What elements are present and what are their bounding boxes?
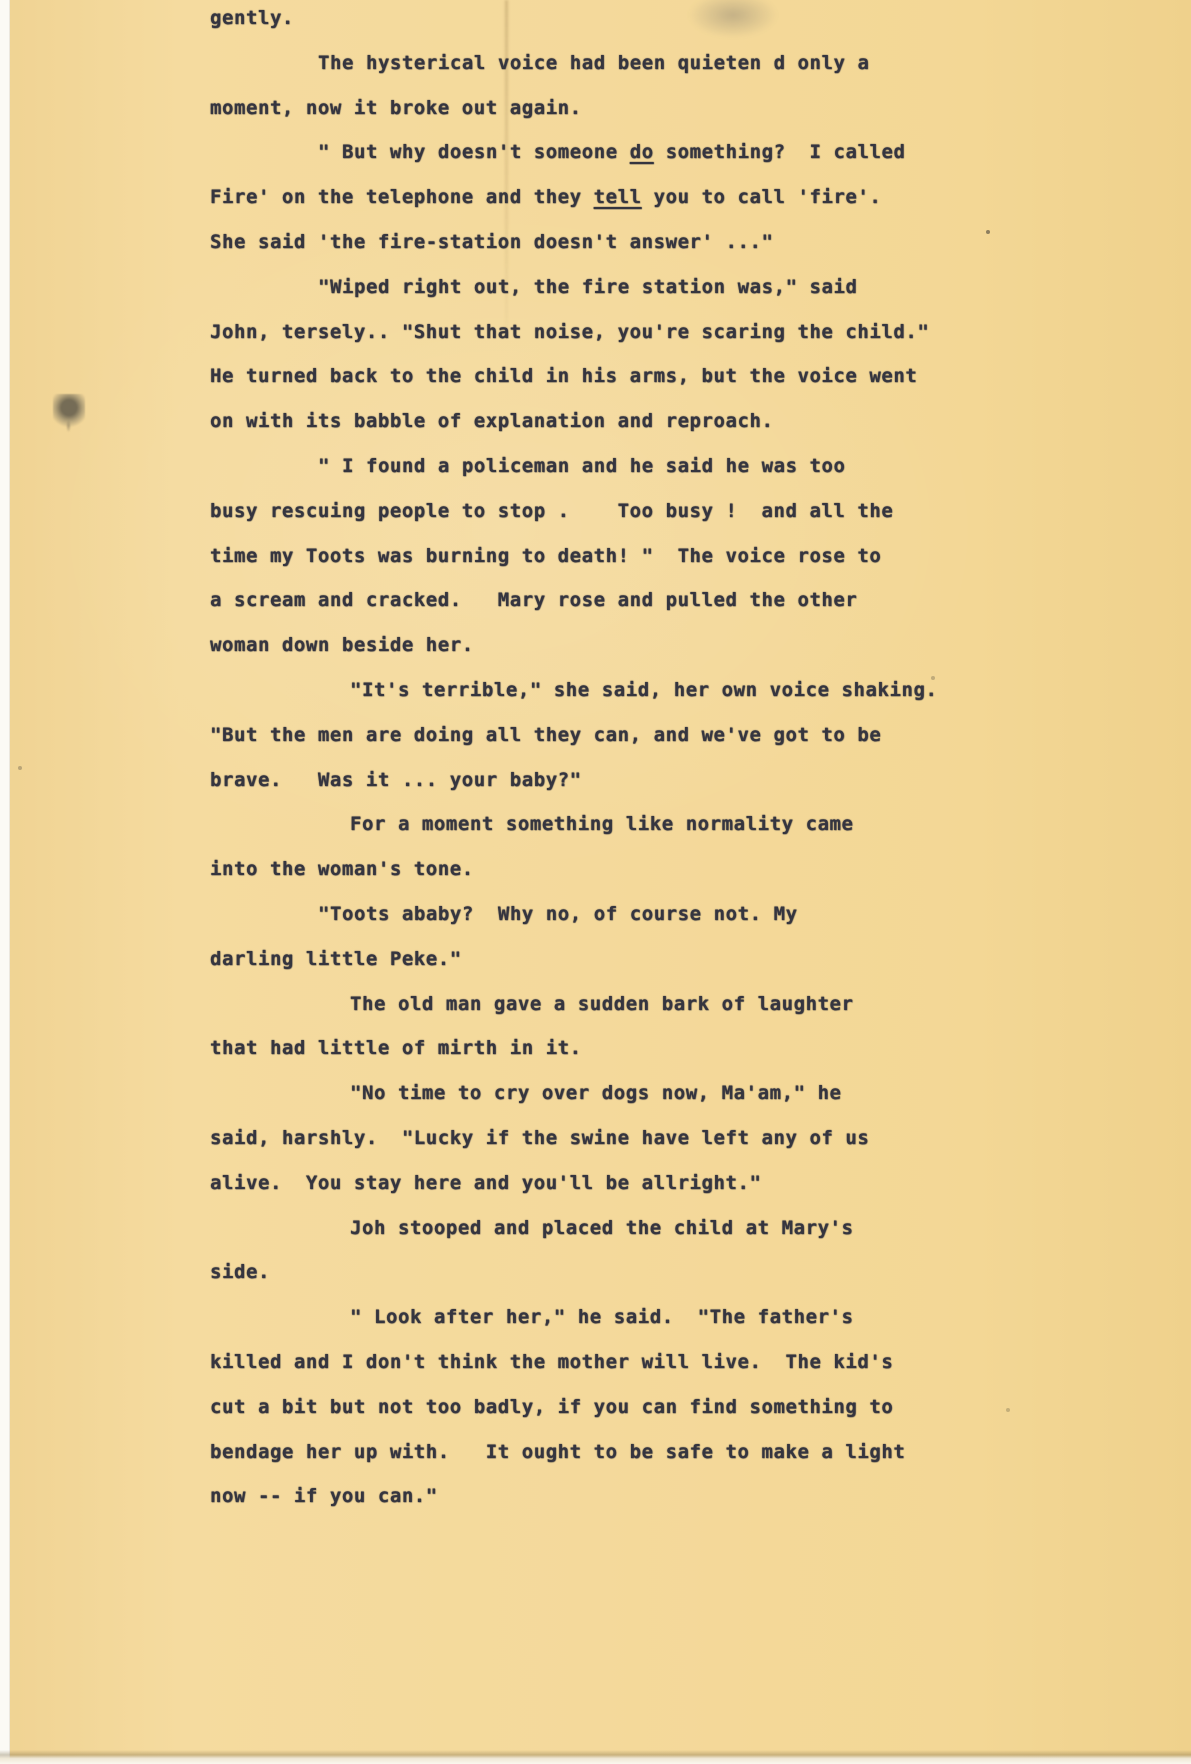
text-line: woman down beside her. [210, 623, 1150, 668]
text-line: killed and I don't think the mother will… [210, 1340, 1150, 1385]
scan-edge [0, 0, 10, 1764]
page-bottom-edge [0, 1750, 1191, 1764]
text-line: The old man gave a sudden bark of laught… [210, 982, 1150, 1027]
text-line: Fire' on the telephone and they tell you… [210, 175, 1150, 220]
typewritten-text: gently. The hysterical voice had been qu… [210, 0, 1150, 1519]
manuscript-page: gently. The hysterical voice had been qu… [0, 0, 1191, 1764]
text-segment: you to call 'fire'. [642, 186, 882, 208]
text-line: The hysterical voice had been quieten d … [210, 41, 1150, 86]
text-line: "No time to cry over dogs now, Ma'am," h… [210, 1071, 1150, 1116]
text-line: a scream and cracked. Mary rose and pull… [210, 578, 1150, 623]
underlined-word: do [630, 141, 654, 163]
text-segment: " But why doesn't someone [318, 141, 630, 163]
text-segment: something? I called [654, 141, 906, 163]
text-line: gently. [210, 0, 1150, 41]
text-line: Joh stooped and placed the child at Mary… [210, 1206, 1150, 1251]
text-line: time my Toots was burning to death! " Th… [210, 534, 1150, 579]
text-line: side. [210, 1250, 1150, 1295]
text-segment: Fire' on the telephone and they [210, 186, 594, 208]
text-line: "But the men are doing all they can, and… [210, 713, 1150, 758]
text-line: "Toots ababy? Why no, of course not. My [210, 892, 1150, 937]
text-line: alive. You stay here and you'll be allri… [210, 1161, 1150, 1206]
text-line: For a moment something like normality ca… [210, 802, 1150, 847]
text-line: said, harshly. "Lucky if the swine have … [210, 1116, 1150, 1161]
text-line: on with its babble of explanation and re… [210, 399, 1150, 444]
ink-stain [53, 394, 85, 430]
text-line: "Wiped right out, the fire station was,"… [210, 265, 1150, 310]
text-line: into the woman's tone. [210, 847, 1150, 892]
text-line: " Look after her," he said. "The father'… [210, 1295, 1150, 1340]
text-line: now -- if you can." [210, 1474, 1150, 1519]
text-line: She said 'the fire-station doesn't answe… [210, 220, 1150, 265]
text-line: busy rescuing people to stop . Too busy … [210, 489, 1150, 534]
text-line: cut a bit but not too badly, if you can … [210, 1385, 1150, 1430]
text-line: moment, now it broke out again. [210, 86, 1150, 131]
text-line: John, tersely.. "Shut that noise, you're… [210, 310, 1150, 355]
text-line: " But why doesn't someone do something? … [210, 130, 1150, 175]
text-line: that had little of mirth in it. [210, 1026, 1150, 1071]
text-line: He turned back to the child in his arms,… [210, 354, 1150, 399]
paper-speck [18, 766, 22, 770]
text-line: brave. Was it ... your baby?" [210, 758, 1150, 803]
text-line: bendage her up with. It ought to be safe… [210, 1430, 1150, 1475]
text-line: "It's terrible," she said, her own voice… [210, 668, 1150, 713]
text-line: darling little Peke." [210, 937, 1150, 982]
text-line: " I found a policeman and he said he was… [210, 444, 1150, 489]
underlined-word: tell [594, 186, 642, 208]
